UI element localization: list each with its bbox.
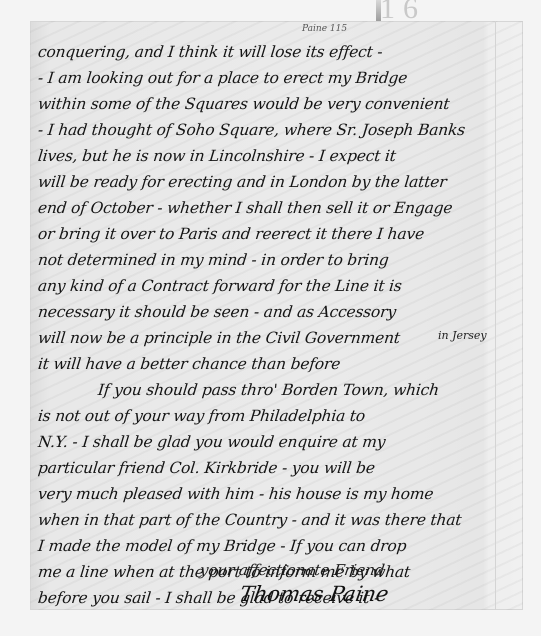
letter-line: N.Y. - I shall be glad you would enquire… <box>37 429 500 455</box>
letter-line: lives, but he is now in Lincolnshire - I… <box>37 143 500 169</box>
letter-line: necessary it should be seen - and as Acc… <box>37 299 500 325</box>
letter-line: not determined in my mind - in order to … <box>37 247 500 273</box>
letter-line: - I am looking out for a place to erect … <box>37 65 500 91</box>
letter-line: is not out of your way from Philadelphia… <box>37 403 500 429</box>
letter-closing: your affectionate Friend <box>199 561 386 579</box>
letter-line: will be ready for erecting and in London… <box>37 169 500 195</box>
letter-line: particular friend Col. Kirkbride - you w… <box>37 455 500 481</box>
stamp-bar <box>376 0 381 22</box>
letter-body: conquering, and I think it will lose its… <box>38 39 498 611</box>
signature: Thomas Paine <box>238 582 391 606</box>
letter-line: very much pleased with him - his house i… <box>37 481 500 507</box>
manuscript-page: Paine 115 conquering, and I think it wil… <box>30 21 523 610</box>
letter-line: I made the model of my Bridge - If you c… <box>37 533 500 559</box>
interlinear-insertion: in Jersey <box>438 329 487 342</box>
letter-line: any kind of a Contract forward for the L… <box>37 273 500 299</box>
letter-line: or bring it over to Paris and reerect it… <box>37 221 500 247</box>
letter-line: conquering, and I think it will lose its… <box>37 39 500 65</box>
letter-line: If you should pass thro' Borden Town, wh… <box>37 377 500 403</box>
archival-annotation: Paine 115 <box>302 24 347 34</box>
letter-line: within some of the Squares would be very… <box>37 91 500 117</box>
letter-line: - I had thought of Soho Square, where Sr… <box>37 117 500 143</box>
letter-line: will now be a principle in the Civil Gov… <box>37 325 500 351</box>
letter-line: when in that part of the Country - and i… <box>37 507 500 533</box>
letter-line: it will have a better chance than before <box>37 351 500 377</box>
letter-line: end of October - whether I shall then se… <box>37 195 500 221</box>
